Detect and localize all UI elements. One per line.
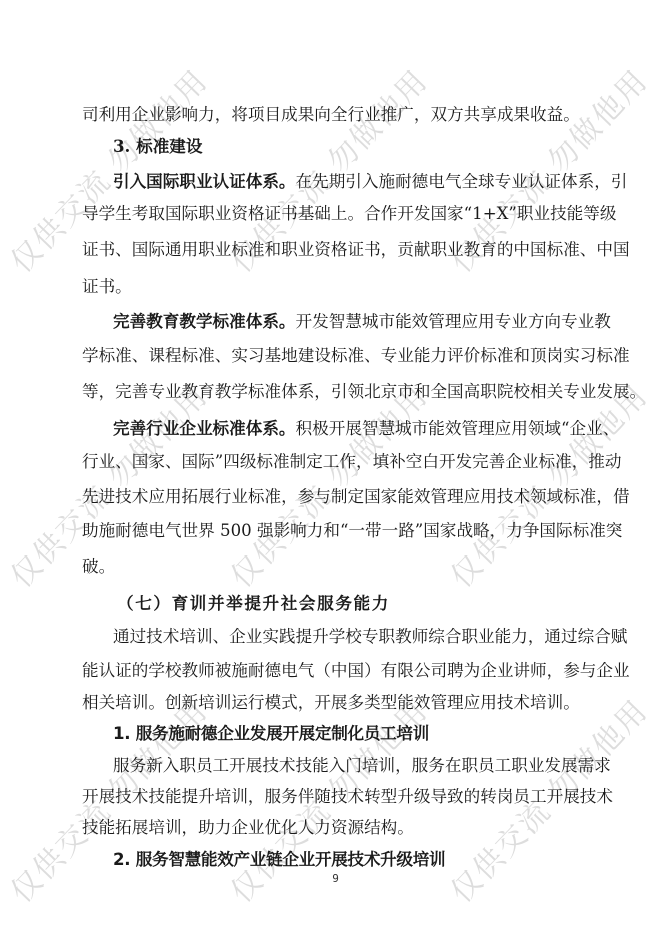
paragraph-text: 在先期引入施耐德电气全球专业认证体系，引 — [296, 172, 628, 191]
paragraph-line: 助施耐德电气世界 500 强影响力和“一带一路”国家战略，力争国际标准突 — [82, 521, 592, 541]
paragraph-line: 行业、国家、国际”四级标准制定工作，填补空白开发完善企业标准，推动 — [82, 452, 592, 472]
paragraph-line: 通过技术培训、企业实践提升学校专职教师综合职业能力，通过综合赋 — [113, 627, 592, 647]
paragraph-line: 破。 — [82, 557, 592, 577]
paragraph-lead-bold: 引入国际职业认证体系。 — [113, 171, 296, 191]
paragraph-line: 等，完善专业教育教学标准体系，引领北京市和全国高职院校相关专业发展。 — [82, 382, 592, 402]
paragraph-line: 引入国际职业认证体系。在先期引入施耐德电气全球专业认证体系，引 — [113, 171, 592, 191]
paragraph-line: 导学生考取国际职业资格证书基础上。合作开发国家“1+X”职业技能等级 — [82, 204, 592, 224]
paragraph-line: 技能拓展培训，助力企业优化人力资源结构。 — [82, 818, 592, 838]
document-body: 司利用企业影响力，将项目成果向全行业推广，双方共享成果收益。 3. 标准建设 引… — [0, 0, 671, 949]
paragraph-text: 积极开展智慧城市能效管理应用领域“企业、 — [296, 419, 620, 438]
section-heading-seven: （七）育训并举提升社会服务能力 — [117, 594, 390, 614]
paragraph-line: 司利用企业影响力，将项目成果向全行业推广，双方共享成果收益。 — [82, 105, 592, 125]
paragraph-line: 学标准、课程标准、实习基地建设标准、专业能力评价标准和顶岗实习标准 — [82, 346, 592, 366]
paragraph-line: 完善行业企业标准体系。积极开展智慧城市能效管理应用领域“企业、 — [113, 418, 592, 438]
paragraph-line: 先进技术应用拓展行业标准，参与制定国家能效管理应用技术领域标准，借 — [82, 487, 592, 507]
subsection-heading-1: 1. 服务施耐德企业发展开展定制化员工培训 — [113, 724, 429, 744]
paragraph-lead-bold: 完善教育教学标准体系。 — [113, 311, 296, 331]
paragraph-line: 相关培训。创新培训运行模式，开展多类型能效管理应用技术培训。 — [82, 693, 592, 713]
page-number: 9 — [0, 872, 671, 886]
paragraph-lead-bold: 完善行业企业标准体系。 — [113, 418, 296, 438]
document-page: 仅供交流 勿做他用 仅供交流 勿做他用 仅供交流 勿做他用 仅供交流 勿做他用 … — [0, 0, 671, 949]
paragraph-text: 开发智慧城市能效管理应用专业方向专业教 — [296, 312, 611, 331]
paragraph-line: 开展技术技能提升培训，服务伴随技术转型升级导致的转岗员工开展技术 — [82, 787, 592, 807]
paragraph-line: 证书。 — [82, 277, 592, 297]
paragraph-line: 完善教育教学标准体系。开发智慧城市能效管理应用专业方向专业教 — [113, 311, 592, 331]
paragraph-line: 证书、国际通用职业标准和职业资格证书，贡献职业教育的中国标准、中国 — [82, 240, 592, 260]
paragraph-line: 能认证的学校教师被施耐德电气（中国）有限公司聘为企业讲师，参与企业 — [82, 661, 592, 681]
subsection-heading-2: 2. 服务智慧能效产业链企业开展技术升级培训 — [113, 850, 445, 870]
section-heading-standards: 3. 标准建设 — [113, 136, 202, 156]
paragraph-line: 服务新入职员工开展技术技能入门培训，服务在职员工职业发展需求 — [113, 756, 592, 776]
